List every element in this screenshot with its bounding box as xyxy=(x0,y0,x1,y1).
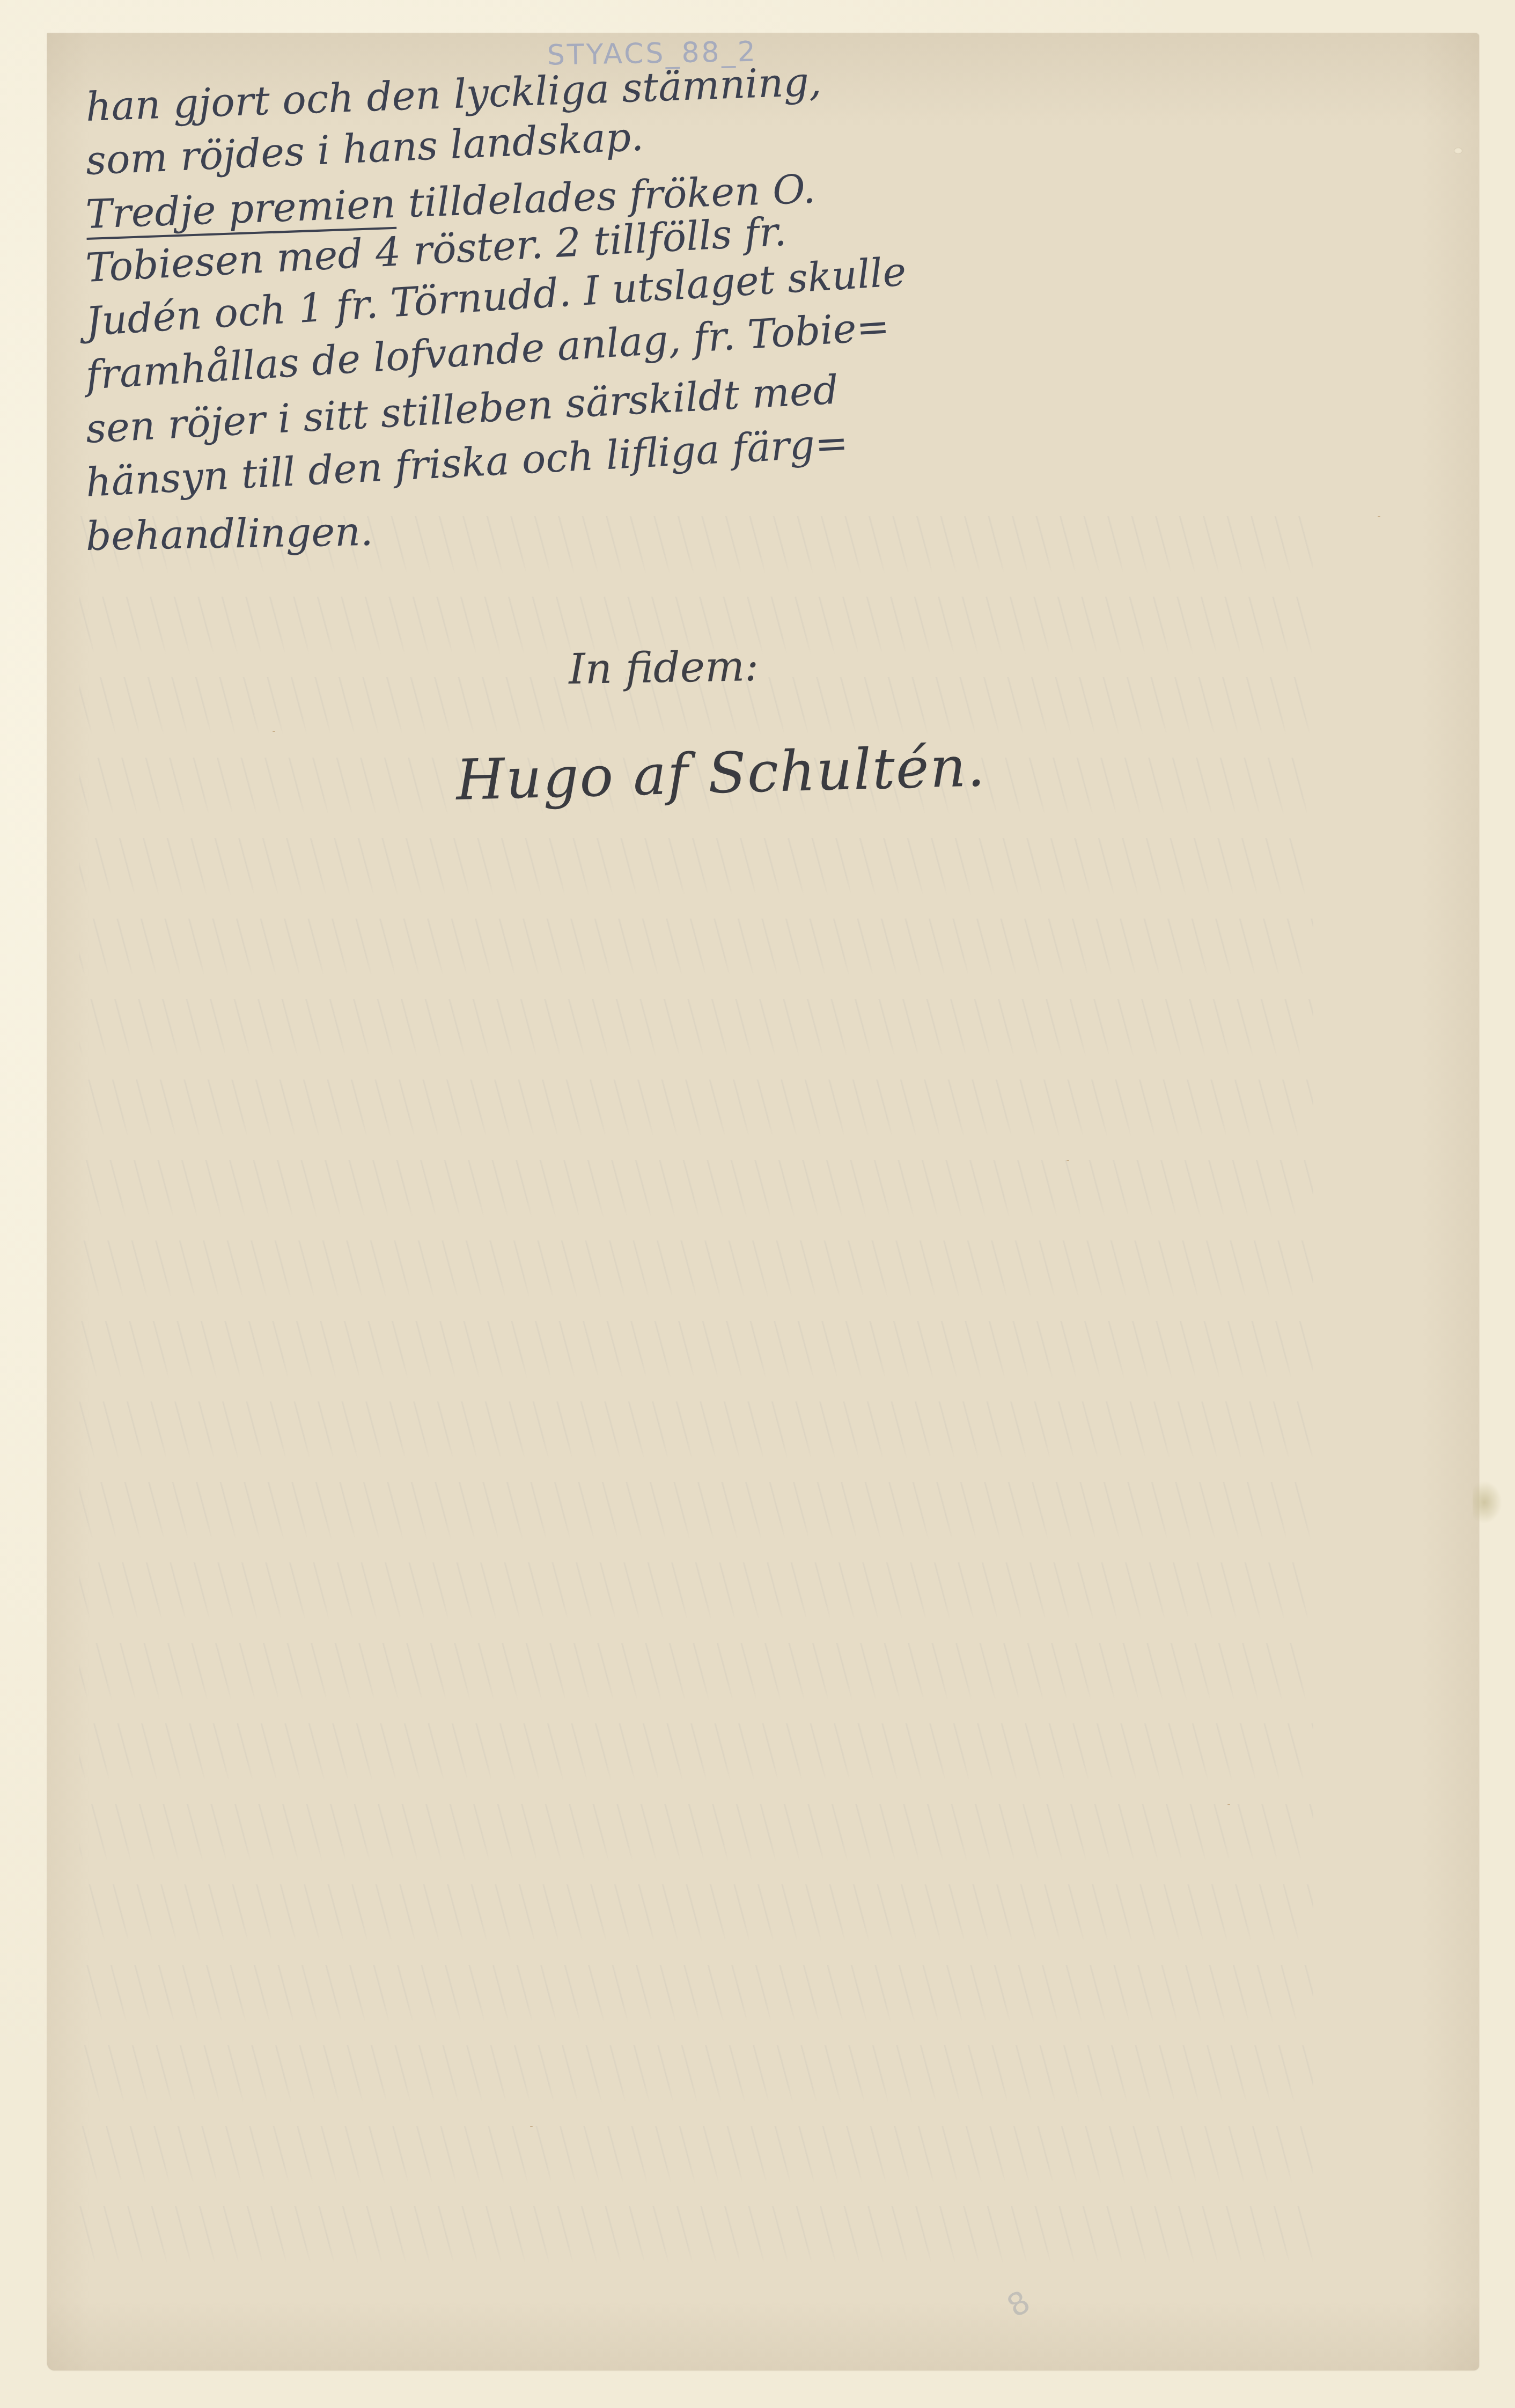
signature: Hugo af Schultén. xyxy=(455,733,987,813)
paper-speck xyxy=(1227,1804,1230,1805)
paper-hole xyxy=(1454,148,1462,154)
paper-speck xyxy=(273,731,275,732)
paper-speck xyxy=(530,2126,533,2127)
closing-formula: In fidem: xyxy=(568,642,759,694)
paper-speck xyxy=(1067,1160,1069,1161)
paper-speck xyxy=(1378,516,1380,517)
binding-fiber-residue xyxy=(1473,1481,1502,1524)
handwritten-body: han gjort och den lyckliga stämning, som… xyxy=(86,80,1293,563)
